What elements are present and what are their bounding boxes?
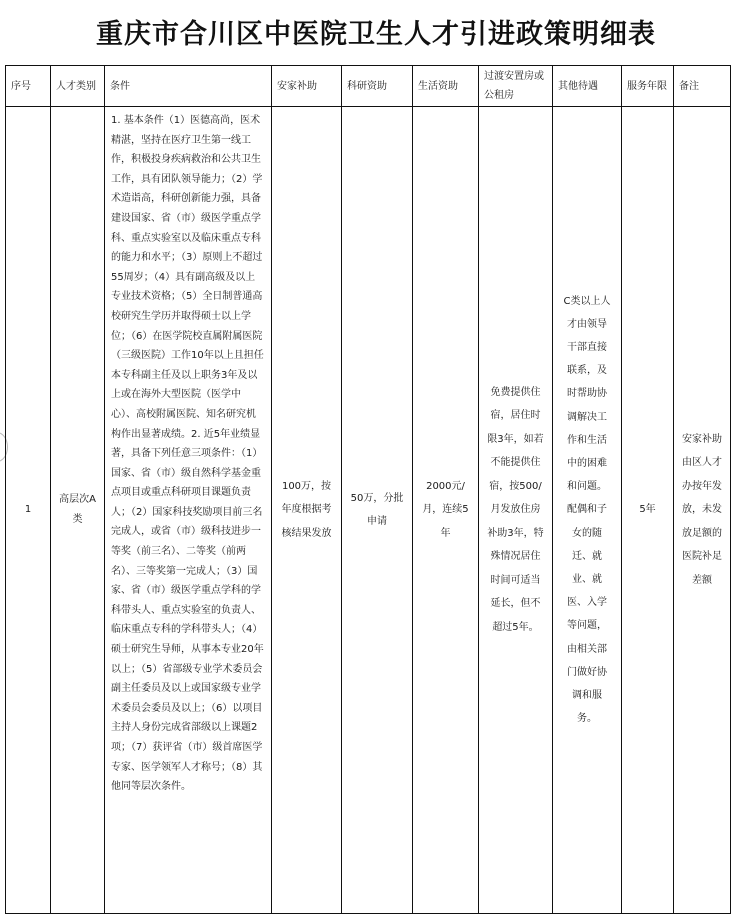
header-living-allowance: 生活资助: [413, 66, 479, 107]
cell-other-benefits: C类以上人才由领导干部直接联系，及时帮助协调解决工作和生活中的困难和问题。配偶和…: [553, 107, 622, 914]
header-index: 序号: [6, 66, 51, 107]
header-row: 序号 人才类别 条件 安家补助 科研资助 生活资助 过渡安置房或公租房 其他待遇…: [6, 66, 731, 107]
cell-conditions: 1. 基本条件（1）医德高尚，医术精湛，坚持在医疗卫生第一线工作，积极投身疾病救…: [105, 107, 272, 914]
cell-research-funding: 50万，分批申请: [342, 107, 413, 914]
header-category: 人才类别: [51, 66, 105, 107]
table-row: 1 高层次A类 1. 基本条件（1）医德高尚，医术精湛，坚持在医疗卫生第一线工作…: [6, 107, 731, 914]
header-settlement-subsidy: 安家补助: [272, 66, 342, 107]
header-other-benefits: 其他待遇: [553, 66, 622, 107]
header-housing: 过渡安置房或公租房: [479, 66, 553, 107]
page-title: 重庆市合川区中医院卫生人才引进政策明细表: [0, 12, 752, 51]
cell-service-years: 5年: [622, 107, 674, 914]
cell-category: 高层次A类: [51, 107, 105, 914]
header-service-years: 服务年限: [622, 66, 674, 107]
header-research-funding: 科研资助: [342, 66, 413, 107]
header-conditions: 条件: [105, 66, 272, 107]
cell-living-allowance: 2000元/月，连续5年: [413, 107, 479, 914]
cell-index: 1: [6, 107, 51, 914]
cell-settlement-subsidy: 100万，按年度根据考核结果发放: [272, 107, 342, 914]
cell-housing: 免费提供住宿，居住时限3年，如若不能提供住宿，按500/月发放住房补助3年，特殊…: [479, 107, 553, 914]
policy-table: 序号 人才类别 条件 安家补助 科研资助 生活资助 过渡安置房或公租房 其他待遇…: [5, 65, 731, 914]
header-remarks: 备注: [674, 66, 731, 107]
cell-remarks: 安家补助由区人才办按年发放，未发放足额的医院补足差额: [674, 107, 731, 914]
